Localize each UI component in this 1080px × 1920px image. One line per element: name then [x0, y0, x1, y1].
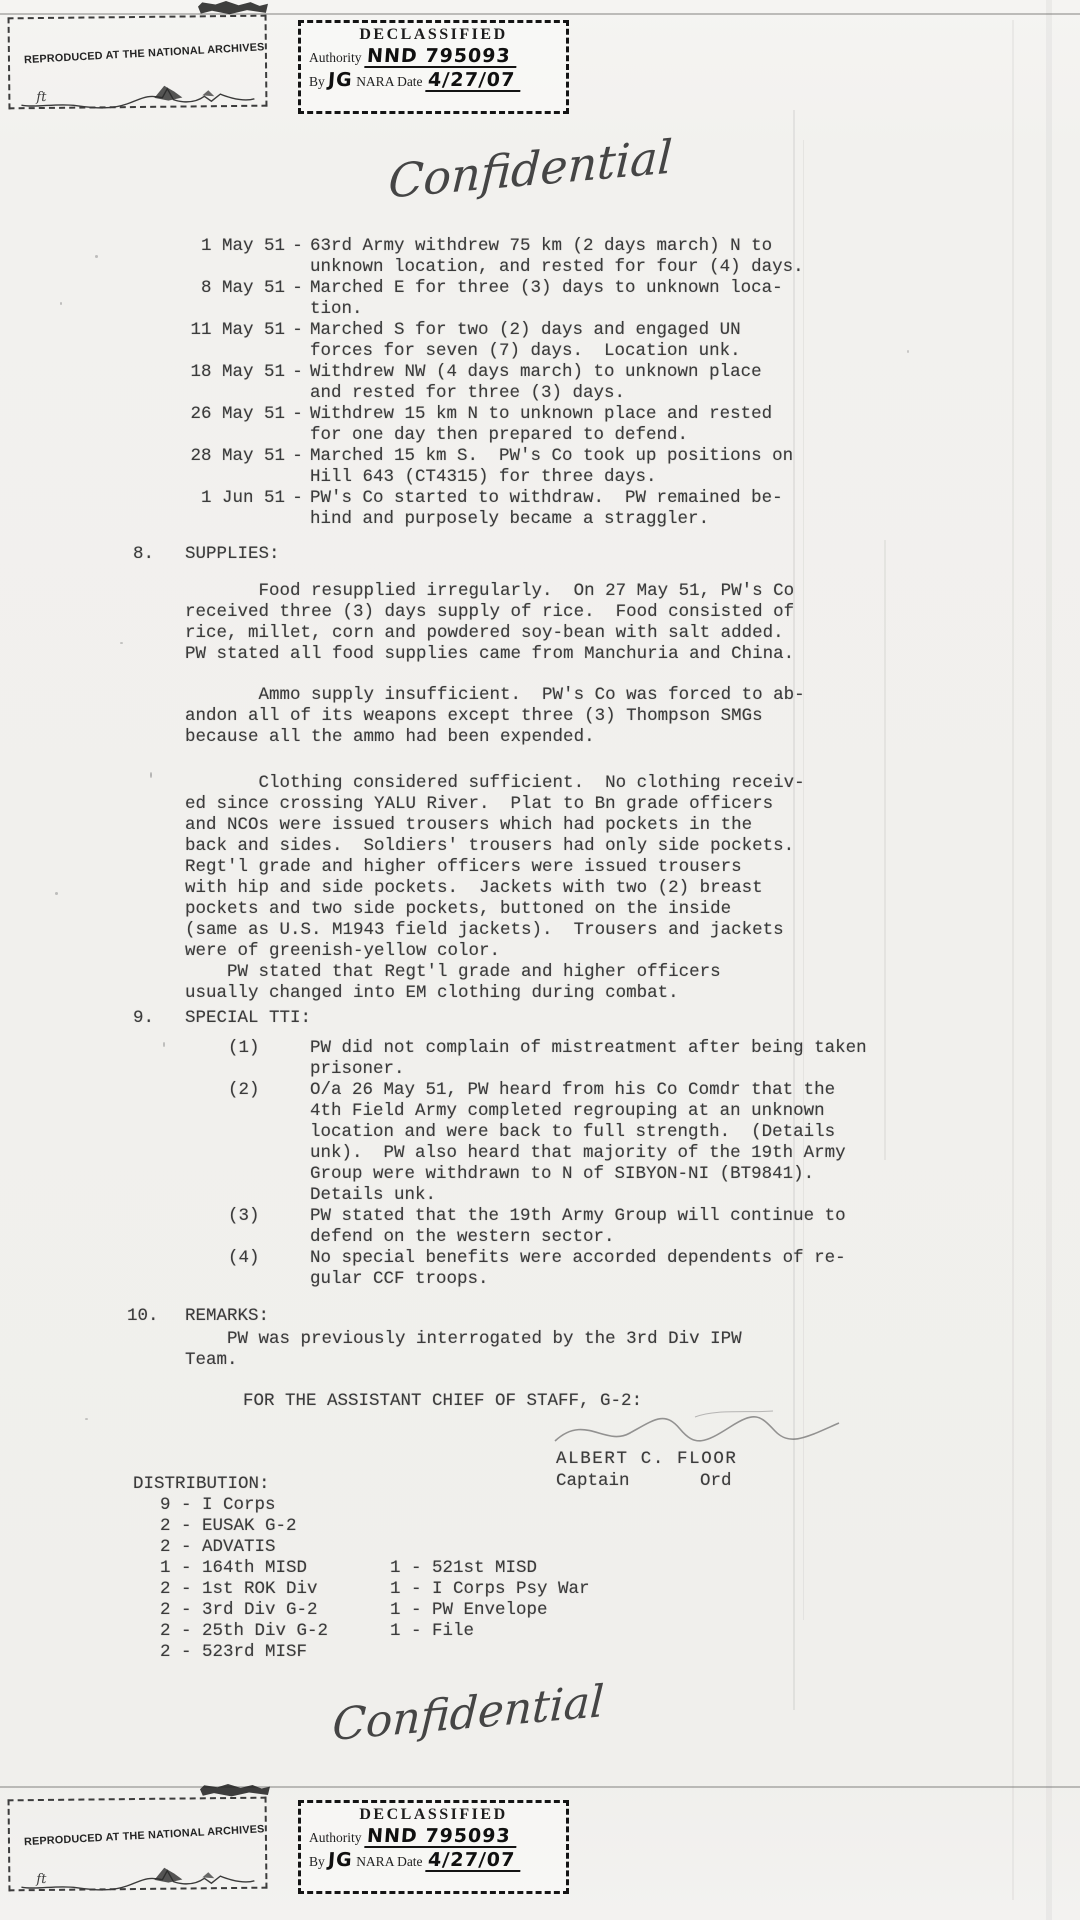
entry-date: 26 May 51 — [185, 404, 285, 425]
authority-value-handwritten: NND 795093 — [364, 1827, 517, 1848]
entry-date: 18 May 51 — [185, 362, 285, 383]
section-title: REMARKS: — [185, 1306, 269, 1327]
declassified-title: DECLASSIFIED — [301, 26, 566, 44]
item-text: No special benefits were accorded depend… — [310, 1248, 846, 1290]
chronology-entry: 1 Jun 51-PW's Co started to withdraw. PW… — [185, 488, 933, 530]
section-title: SPECIAL TTI: — [185, 1008, 311, 1029]
distribution-rows: 9 - I Corps2 - EUSAK G-22 - ADVATIS1 - 1… — [160, 1495, 933, 1663]
distribution-row: 2 - EUSAK G-2 — [160, 1516, 933, 1537]
authority-value-handwritten: NND 795093 — [364, 47, 517, 68]
archives-stamp-label: REPRODUCED AT THE NATIONAL ARCHIVES — [24, 1824, 255, 1848]
special-items: (1)PW did not complain of mistreatment a… — [228, 1038, 933, 1290]
distribution-right: 1 - I Corps Psy War — [390, 1579, 590, 1600]
by-initials-handwritten: JG — [328, 1851, 354, 1869]
item-text: PW did not complain of mistreatment afte… — [310, 1038, 867, 1080]
scan-streak — [1012, 20, 1014, 1900]
chronology-entry: 1 May 51-63rd Army withdrew 75 km (2 day… — [185, 236, 933, 278]
distribution-row: 2 - 1st ROK Div1 - I Corps Psy War — [160, 1579, 933, 1600]
scan-edge-rule-bottom — [0, 1786, 1080, 1788]
confidential-script-bottom: Confidential — [331, 1676, 605, 1751]
entry-date: 8 May 51 — [185, 278, 285, 299]
special-item: (4)No special benefits were accorded dep… — [228, 1248, 933, 1290]
chronology-entry: 26 May 51-Withdrew 15 km N to unknown pl… — [185, 404, 933, 446]
distribution-label: DISTRIBUTION: — [133, 1474, 933, 1495]
section-number: 9. — [133, 1008, 185, 1029]
entry-text: Marched E for three (3) days to unknown … — [310, 278, 783, 320]
chronology-list: 1 May 51-63rd Army withdrew 75 km (2 day… — [185, 236, 933, 530]
declassified-authority-row: Authority NND 795093 — [309, 1827, 566, 1848]
special-item: (1)PW did not complain of mistreatment a… — [228, 1038, 933, 1080]
special-item: (2)O/a 26 May 51, PW heard from his Co C… — [228, 1080, 933, 1206]
scan-speck — [95, 255, 98, 258]
scan-edge-rule-top — [0, 13, 1080, 15]
distribution-left: 2 - EUSAK G-2 — [160, 1516, 390, 1537]
distribution-left: 1 - 164th MISD — [160, 1558, 390, 1579]
distribution-left: 9 - I Corps — [160, 1495, 390, 1516]
signature-rank: Captain — [556, 1471, 630, 1492]
confidential-script-top: Confidential — [387, 129, 674, 208]
declassified-stamp-top: DECLASSIFIED Authority NND 795093 By JG … — [298, 20, 569, 114]
entry-text: Marched 15 km S. PW's Co took up positio… — [310, 446, 793, 488]
chronology-entry: 28 May 51-Marched 15 km S. PW's Co took … — [185, 446, 933, 488]
entry-dash: - — [285, 236, 310, 257]
by-label: By — [309, 1854, 325, 1869]
torn-edge-squiggle-icon — [16, 81, 261, 114]
scan-speck — [55, 892, 58, 895]
section-number: 10. — [127, 1306, 185, 1327]
entry-date: 28 May 51 — [185, 446, 285, 467]
declassified-title: DECLASSIFIED — [301, 1806, 566, 1824]
distribution-row: 2 - 3rd Div G-21 - PW Envelope — [160, 1600, 933, 1621]
distribution-left: 2 - 523rd MISF — [160, 1642, 390, 1663]
archives-stamp-label: REPRODUCED AT THE NATIONAL ARCHIVES — [24, 42, 255, 66]
distribution-row: 2 - ADVATIS — [160, 1537, 933, 1558]
chronology-entry: 18 May 51-Withdrew NW (4 days march) to … — [185, 362, 933, 404]
national-archives-stamp-bottom: REPRODUCED AT THE NATIONAL ARCHIVES ft — [8, 1797, 268, 1892]
by-initials-handwritten: JG — [328, 71, 354, 89]
signature-name: ALBERT C. FLOOR — [556, 1449, 738, 1470]
national-archives-stamp-top: REPRODUCED AT THE NATIONAL ARCHIVES ft — [8, 15, 268, 110]
scan-speck — [85, 1418, 88, 1420]
declassified-authority-row: Authority NND 795093 — [309, 47, 566, 68]
authority-label: Authority — [309, 1830, 362, 1845]
section-title: SUPPLIES: — [185, 544, 280, 565]
date-value-handwritten: 4/27/07 — [425, 71, 521, 92]
distribution-left: 2 - 3rd Div G-2 — [160, 1600, 390, 1621]
date-value-handwritten: 4/27/07 — [425, 1851, 521, 1872]
scanned-document-page: REPRODUCED AT THE NATIONAL ARCHIVES ft D… — [0, 0, 1080, 1920]
paragraph: Ammo supply insufficient. PW's Co was fo… — [185, 685, 933, 748]
entry-text: 63rd Army withdrew 75 km (2 days march) … — [310, 236, 804, 278]
entry-dash: - — [285, 362, 310, 383]
scan-speck — [60, 302, 62, 305]
chronology-entry: 11 May 51-Marched S for two (2) days and… — [185, 320, 933, 362]
signature-scribble-icon — [545, 1403, 855, 1451]
item-number: (2) — [228, 1080, 310, 1101]
item-number: (1) — [228, 1038, 310, 1059]
entry-date: 11 May 51 — [185, 320, 285, 341]
distribution-left: 2 - 1st ROK Div — [160, 1579, 390, 1600]
distribution-right: 1 - 521st MISD — [390, 1558, 537, 1579]
item-number: (4) — [228, 1248, 310, 1269]
authority-label: Authority — [309, 50, 362, 65]
entry-dash: - — [285, 320, 310, 341]
stamp-ink-mark: ft — [36, 1872, 46, 1887]
scan-streak — [1046, 0, 1052, 1920]
distribution-right: 1 - PW Envelope — [390, 1600, 548, 1621]
entry-text: Withdrew 15 km N to unknown place and re… — [310, 404, 772, 446]
remarks-text: PW was previously interrogated by the 3r… — [185, 1329, 933, 1371]
section-heading-remarks: 10. REMARKS: — [127, 1306, 933, 1327]
nara-date-label: NARA Date — [356, 1854, 422, 1869]
entry-dash: - — [285, 404, 310, 425]
special-item: (3)PW stated that the 19th Army Group wi… — [228, 1206, 933, 1248]
item-text: PW stated that the 19th Army Group will … — [310, 1206, 846, 1248]
declassified-stamp-bottom: DECLASSIFIED Authority NND 795093 By JG … — [298, 1800, 569, 1894]
entry-text: Withdrew NW (4 days march) to unknown pl… — [310, 362, 762, 404]
entry-date: 1 May 51 — [185, 236, 285, 257]
paragraph: Food resupplied irregularly. On 27 May 5… — [185, 581, 933, 665]
entry-date: 1 Jun 51 — [185, 488, 285, 509]
section-heading-supplies: 8. SUPPLIES: — [133, 544, 933, 565]
distribution-row: 9 - I Corps — [160, 1495, 933, 1516]
chronology-entry: 8 May 51-Marched E for three (3) days to… — [185, 278, 933, 320]
entry-text: PW's Co started to withdraw. PW remained… — [310, 488, 783, 530]
nara-date-label: NARA Date — [356, 74, 422, 89]
entry-dash: - — [285, 488, 310, 509]
signature-branch: Ord — [700, 1471, 732, 1492]
distribution-row: 2 - 523rd MISF — [160, 1642, 933, 1663]
declassified-by-row: By JG NARA Date 4/27/07 — [309, 1851, 566, 1872]
distribution-row: 1 - 164th MISD1 - 521st MISD — [160, 1558, 933, 1579]
entry-text: Marched S for two (2) days and engaged U… — [310, 320, 741, 362]
section-heading-special: 9. SPECIAL TTI: — [133, 1008, 933, 1029]
supplies-paragraphs: Food resupplied irregularly. On 27 May 5… — [185, 581, 933, 1004]
declassified-by-row: By JG NARA Date 4/27/07 — [309, 71, 566, 92]
by-label: By — [309, 74, 325, 89]
distribution-left: 2 - ADVATIS — [160, 1537, 390, 1558]
distribution-right: 1 - File — [390, 1621, 474, 1642]
stamp-ink-mark: ft — [36, 90, 46, 105]
scan-speck — [120, 642, 123, 644]
torn-edge-squiggle-icon — [16, 1863, 261, 1896]
entry-dash: - — [285, 278, 310, 299]
item-number: (3) — [228, 1206, 310, 1227]
section-number: 8. — [133, 544, 185, 565]
item-text: O/a 26 May 51, PW heard from his Co Comd… — [310, 1080, 846, 1206]
entry-dash: - — [285, 446, 310, 467]
distribution-row: 2 - 25th Div G-21 - File — [160, 1621, 933, 1642]
distribution-left: 2 - 25th Div G-2 — [160, 1621, 390, 1642]
paragraph: Clothing considered sufficient. No cloth… — [185, 773, 933, 1004]
